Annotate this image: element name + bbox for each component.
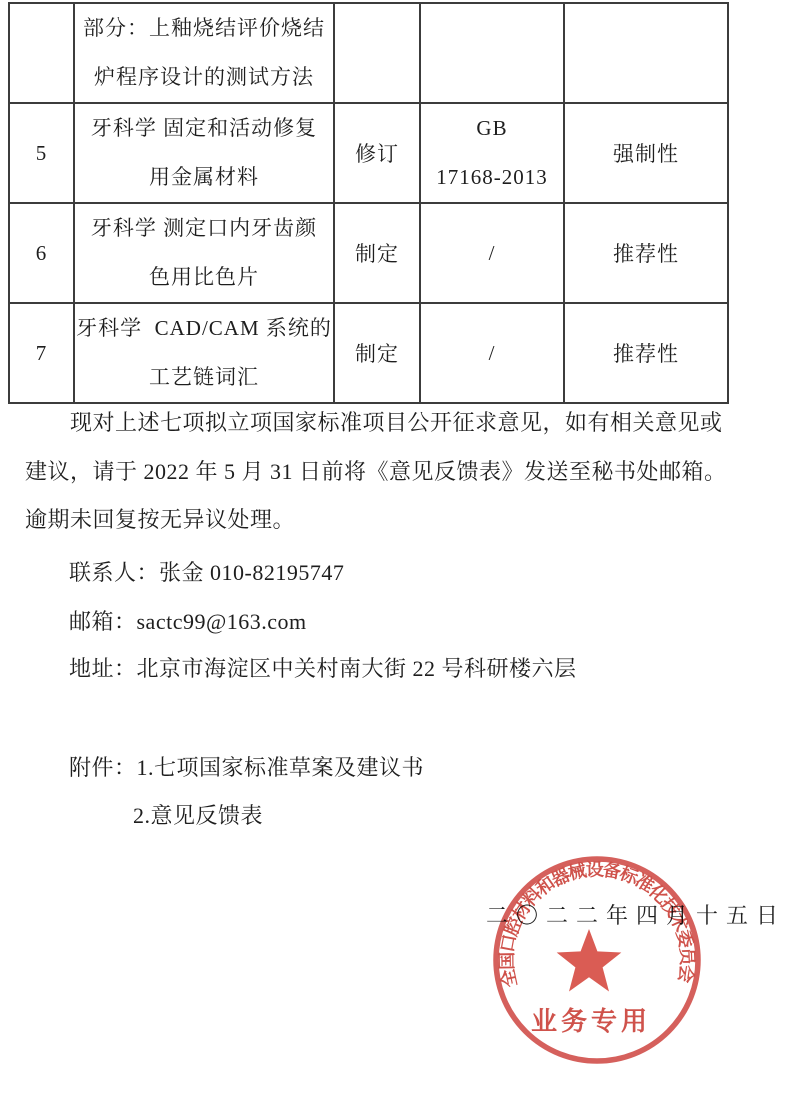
standard-name-line: 用金属材料 <box>75 153 333 202</box>
cell-standard-name: 牙科学 固定和活动修复 用金属材料 <box>74 103 334 203</box>
table-row: 5 牙科学 固定和活动修复 用金属材料 修订 GB 17168-2013 强制性 <box>9 103 728 203</box>
attachment-line: 附件：1.七项国家标准草案及建议书 <box>69 755 424 781</box>
cell-nature: 推荐性 <box>564 203 728 303</box>
cell-action: 修订 <box>334 103 420 203</box>
paragraph-line: 建议，请于 2022 年 5 月 31 日前将《意见反馈表》发送至秘书处邮箱。 <box>25 459 727 485</box>
standard-name-line: 部分：上釉烧结评价烧结 <box>75 4 333 53</box>
cell-nature <box>564 3 728 103</box>
official-seal: 全国口腔材料和器械设备标准化技术委员会 业务专用 <box>487 850 707 1070</box>
standard-no-line: 17168-2013 <box>421 153 563 202</box>
standard-name-line: 牙科学 固定和活动修复 <box>75 104 333 153</box>
cell-serial: 7 <box>9 303 74 403</box>
cell-serial: 5 <box>9 103 74 203</box>
standard-name-line: 炉程序设计的测试方法 <box>75 53 333 102</box>
cell-serial: 6 <box>9 203 74 303</box>
cell-standard-no: / <box>420 203 564 303</box>
star-icon <box>557 929 622 992</box>
cell-action: 制定 <box>334 203 420 303</box>
contact-person-line: 联系人：张金 010-82195747 <box>69 560 344 586</box>
table-row: 6 牙科学 测定口内牙齿颜 色用比色片 制定 / 推荐性 <box>9 203 728 303</box>
seal-bottom-text: 业务专用 <box>531 1006 651 1036</box>
attachment-line: 2.意见反馈表 <box>133 803 263 829</box>
cell-serial <box>9 3 74 103</box>
standard-name-line: 牙科学 测定口内牙齿颜 <box>75 204 333 253</box>
cell-standard-no: / <box>420 303 564 403</box>
cell-action: 制定 <box>334 303 420 403</box>
contact-address-line: 地址：北京市海淀区中关村南大街 22 号科研楼六层 <box>69 656 577 682</box>
document-page: 部分：上釉烧结评价烧结 炉程序设计的测试方法 5 牙科学 固定和活动修复 用金属… <box>0 0 800 1098</box>
paragraph-line: 现对上述七项拟立项国家标准项目公开征求意见，如有相关意见或 <box>70 410 723 436</box>
standard-no-line: GB <box>421 104 563 153</box>
standard-name-line: 牙科学 CAD/CAM 系统的 <box>75 304 333 353</box>
table-row: 部分：上釉烧结评价烧结 炉程序设计的测试方法 <box>9 3 728 103</box>
cell-standard-no: GB 17168-2013 <box>420 103 564 203</box>
standard-name-line: 色用比色片 <box>75 253 333 302</box>
paragraph-line: 逾期未回复按无异议处理。 <box>25 507 295 533</box>
cell-action <box>334 3 420 103</box>
cell-nature: 推荐性 <box>564 303 728 403</box>
standards-table: 部分：上釉烧结评价烧结 炉程序设计的测试方法 5 牙科学 固定和活动修复 用金属… <box>8 2 729 404</box>
cell-standard-name: 牙科学 测定口内牙齿颜 色用比色片 <box>74 203 334 303</box>
cell-standard-name: 部分：上釉烧结评价烧结 炉程序设计的测试方法 <box>74 3 334 103</box>
table-row: 7 牙科学 CAD/CAM 系统的 工艺链词汇 制定 / 推荐性 <box>9 303 728 403</box>
standard-name-line: 工艺链词汇 <box>75 353 333 402</box>
contact-email-line: 邮箱：sactc99@163.com <box>69 609 307 635</box>
cell-nature: 强制性 <box>564 103 728 203</box>
cell-standard-no <box>420 3 564 103</box>
cell-standard-name: 牙科学 CAD/CAM 系统的 工艺链词汇 <box>74 303 334 403</box>
